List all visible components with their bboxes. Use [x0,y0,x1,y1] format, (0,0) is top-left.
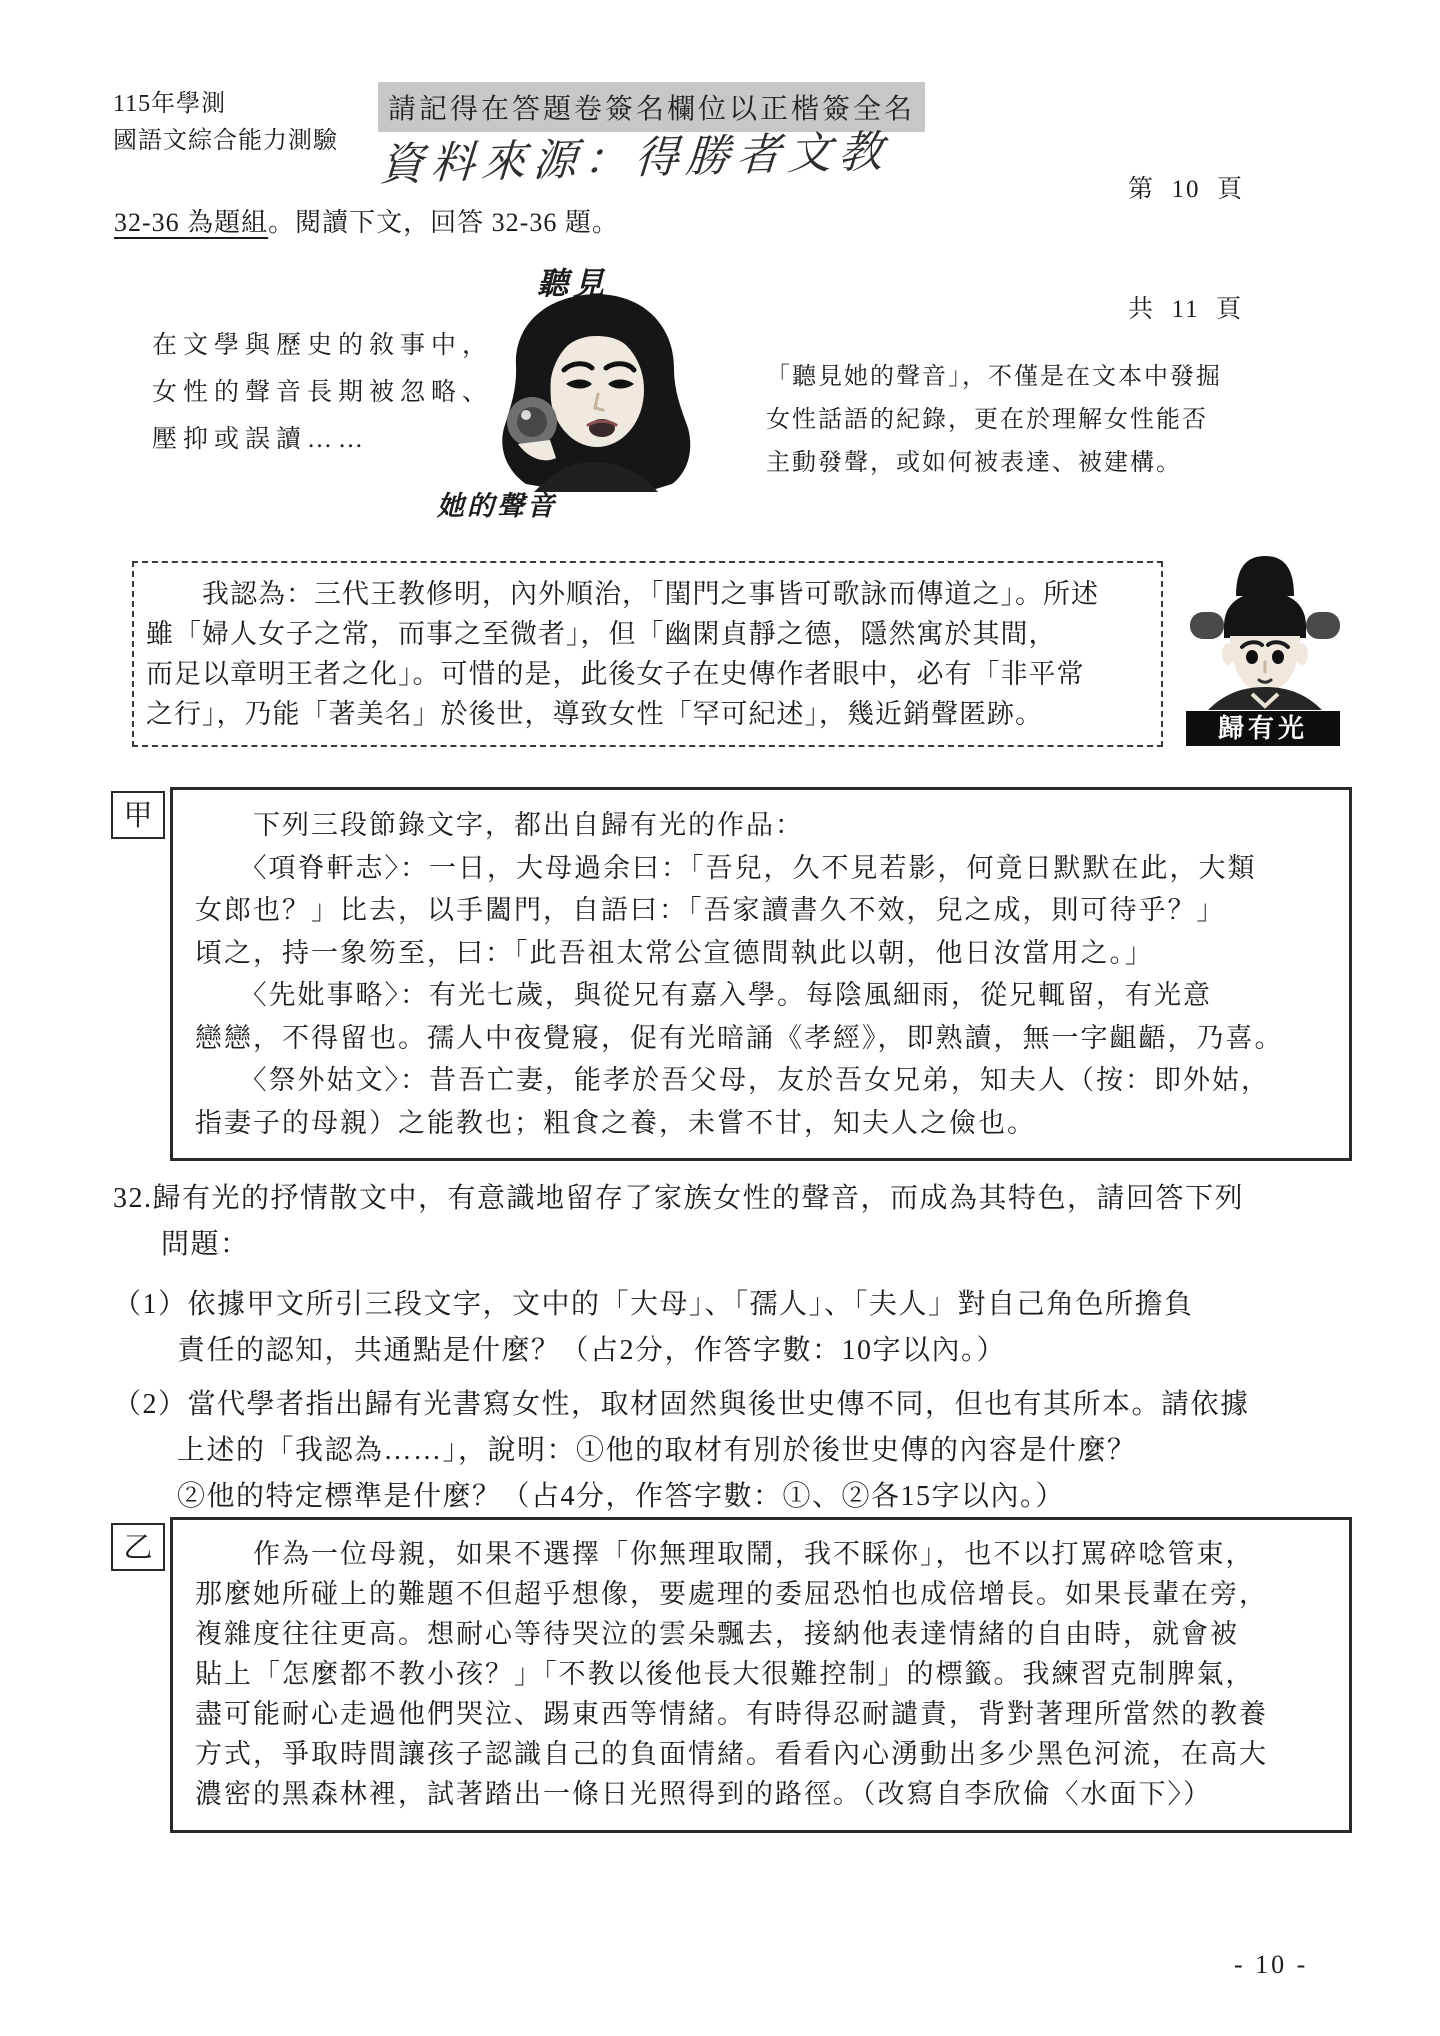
infographic-right-line: 「聽見她的聲音」，不僅是在文本中發掘 [766,356,1222,399]
passage-jia-line: 女郎也？」比去，以手闔門，自語曰：「吾家讀書久不效，兒之成，則可待乎？」 [195,889,1327,932]
page-current: 第 10 頁 [1128,170,1244,210]
infographic-left-line: 壓抑或誤讀…… [152,416,493,463]
portrait-name-label: 歸有光 [1186,711,1340,746]
infographic-left-line: 女性的聲音長期被忽略、 [152,369,493,416]
question-32-sub2-line: 上述的「我認為……」，說明：①他的取材有別於後世史傳的內容是什麼？ [113,1428,1365,1474]
woman-listening-illustration [476,292,714,497]
passage-yi-line: 作為一位母親，如果不選擇「你無理取鬧，我不睬你」，也不以打罵碎唸管束， [195,1534,1327,1574]
question-32-sub2: （2）當代學者指出歸有光書寫女性，取材固然與後世史傳不同，但也有其所本。請依據 … [113,1382,1365,1520]
passage-jia-line: 指妻子的母親）之能教也；粗食之養，未嘗不甘，知夫人之儉也。 [195,1102,1327,1145]
question-32-sub2-line: （2）當代學者指出歸有光書寫女性，取材固然與後世史傳不同，但也有其所本。請依據 [113,1382,1365,1428]
question-group-intro: 32-36 為題組。閱讀下文，回答 32-36 題。 [114,202,619,239]
infographic-left-text: 在文學與歷史的敘事中， 女性的聲音長期被忽略、 壓抑或誤讀…… [152,322,493,463]
question-32-sub2-line: ②他的特定標準是什麼？（占4分，作答字數：①、②各15字以內。） [113,1474,1365,1520]
passage-jia-line: 〈項脊軒志〉：一日，大母過余曰：「吾兒，久不見若影，何竟日默默在此，大類 [195,847,1327,890]
passage-yi-line: 貼上「怎麼都不教小孩？」「不教以後他長大很難控制」的標籤。我練習克制脾氣， [195,1654,1327,1694]
exam-subject: 國語文綜合能力測驗 [113,123,338,160]
passage-box-yi: 作為一位母親，如果不選擇「你無理取鬧，我不睬你」，也不以打罵碎唸管束， 那麼她所… [170,1517,1352,1833]
page-number-footer: - 10 - [1234,1950,1308,1980]
page-total: 共 11 頁 [1128,290,1244,330]
question-32-number: 32. [113,1183,153,1214]
infographic-right-line: 女性話語的紀錄，更在於理解女性能否 [766,399,1222,442]
question-group-range: 32-36 為題組 [114,208,268,237]
passage-label-yi: 乙 [111,1523,165,1571]
infographic-right-line: 主動發聲，或如何被表達、被建構。 [766,442,1222,485]
question-32-stem-cont: 問題： [113,1222,1365,1268]
infographic-title-bottom: 她的聲音 [437,484,557,523]
guiyouguang-quote-box: 我認為：三代王教修明，內外順治，「閨門之事皆可歌詠而傳道之」。所述 雖「婦人女子… [132,561,1163,747]
passage-yi-line: 方式，爭取時間讓孩子認識自己的負面情緒。看看內心湧動出多少黑色河流，在高大 [195,1734,1327,1774]
passage-jia-line: 戀戀，不得留也。孺人中夜覺寢，促有光暗誦《孝經》，即熟讀，無一字齟齬，乃喜。 [195,1017,1327,1060]
guiyouguang-portrait-illustration [1190,552,1340,715]
quote-line: 而足以章明王者之化」。可惜的是，此後女子在史傳作者眼中，必有「非平常 [146,654,1147,694]
passage-jia-line: 〈祭外姑文〉：昔吾亡妻，能孝於吾父母，友於吾女兄弟，知夫人（按：即外姑， [195,1059,1327,1102]
passage-yi-line: 盡可能耐心走過他們哭泣、踢東西等情緒。有時得忍耐譴責，背對著理所當然的教養 [195,1694,1327,1734]
passage-yi-line: 濃密的黑森林裡，試著踏出一條日光照得到的路徑。（改寫自李欣倫〈水面下〉） [195,1774,1327,1814]
passage-yi-line: 複雜度往往更高。想耐心等待哭泣的雲朵飄去，接納他表達情緒的自由時，就會被 [195,1614,1327,1654]
question-group-instruction: 。閱讀下文，回答 32-36 題。 [268,208,619,237]
question-32-sub1-line: （1）依據甲文所引三段文字，文中的「大母」、「孺人」、「夫人」對自己角色所擔負 [113,1282,1365,1328]
quote-line: 我認為：三代王教修明，內外順治，「閨門之事皆可歌詠而傳道之」。所述 [146,574,1147,614]
question-32-sub1-line: 責任的認知，共通點是什麼？（占2分，作答字數：10字以內。） [113,1328,1365,1374]
passage-jia-line: 〈先妣事略〉：有光七歲，與從兄有嘉入學。每陰風細雨，從兄輒留，有光意 [195,974,1327,1017]
passage-jia-line: 下列三段節錄文字，都出自歸有光的作品： [195,804,1327,847]
passage-box-jia: 下列三段節錄文字，都出自歸有光的作品： 〈項脊軒志〉：一日，大母過余曰：「吾兒，… [170,787,1352,1161]
infographic-right-text: 「聽見她的聲音」，不僅是在文本中發掘 女性話語的紀錄，更在於理解女性能否 主動發… [766,356,1222,485]
infographic-left-line: 在文學與歷史的敘事中， [152,322,493,369]
quote-line: 雖「婦人女子之常，而事之至微者」，但「幽閑貞靜之德，隱然寓於其間， [146,614,1147,654]
question-32-stem: 32.歸有光的抒情散文中，有意識地留存了家族女性的聲音，而成為其特色，請回答下列 [113,1176,1365,1222]
passage-label-jia: 甲 [111,791,165,839]
exam-session: 115年學測 [113,86,338,123]
quote-line: 之行」，乃能「著美名」於後世，導致女性「罕可紀述」，幾近銷聲匿跡。 [146,694,1147,734]
passage-jia-line: 頃之，持一象笏至，曰：「此吾祖太常公宣德間執此以朝，他日汝當用之。」 [195,932,1327,975]
header-exam-info: 115年學測 國語文綜合能力測驗 [113,86,338,160]
exam-page: 115年學測 國語文綜合能力測驗 請記得在答題卷簽名欄位以正楷簽全名 資料來源：… [0,0,1440,2036]
handwritten-source-note: 資料來源：得勝者文教 [378,115,892,192]
passage-yi-line: 那麼她所碰上的難題不但超乎想像，要處理的委屈恐怕也成倍增長。如果長輩在旁， [195,1574,1327,1614]
question-32-sub1: （1）依據甲文所引三段文字，文中的「大母」、「孺人」、「夫人」對自己角色所擔負 … [113,1282,1365,1374]
question-32: 32.歸有光的抒情散文中，有意識地留存了家族女性的聲音，而成為其特色，請回答下列… [113,1176,1365,1520]
